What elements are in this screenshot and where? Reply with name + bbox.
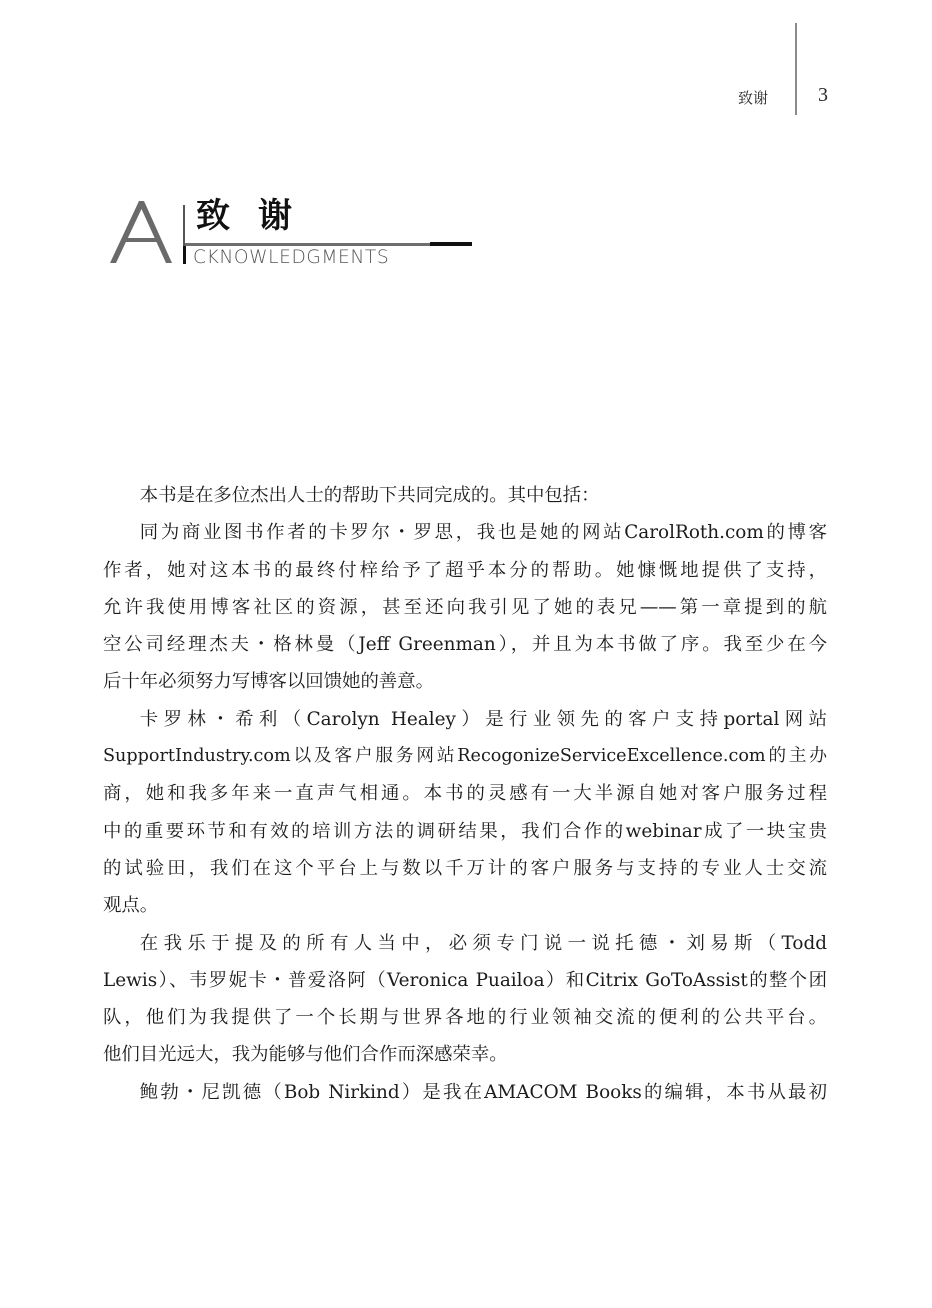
text-line: 本书是在多位杰出人士的帮助下共同完成的。其中包括： bbox=[103, 477, 827, 514]
paragraph-carol-roth: 同为商业图书作者的卡罗尔・罗思，我也是她的网站CarolRoth.com的博客 … bbox=[103, 514, 827, 700]
text-line: 在我乐于提及的所有人当中，必须专门说一说托德・刘易斯（Todd bbox=[103, 925, 827, 962]
paragraph-bob-nirkind: 鲍勃・尼凯德（Bob Nirkind）是我在AMACOM Books的编辑，本书… bbox=[103, 1074, 827, 1111]
heading-rule-accent bbox=[430, 242, 472, 246]
paragraph-citrix-team: 在我乐于提及的所有人当中，必须专门说一说托德・刘易斯（Todd Lewis）、韦… bbox=[103, 925, 827, 1074]
text-line: 的试验田，我们在这个平台上与数以千万计的客户服务与支持的专业人士交流 bbox=[103, 850, 827, 887]
text-line: 商，她和我多年来一直声气相通。本书的灵感有一大半源自她对客户服务过程 bbox=[103, 775, 827, 812]
paragraph-intro: 本书是在多位杰出人士的帮助下共同完成的。其中包括： bbox=[103, 477, 827, 514]
heading-vertical-bar-accent bbox=[183, 246, 186, 264]
paragraph-carolyn-healey: 卡罗林・希利（Carolyn Healey）是行业领先的客户支持portal网站… bbox=[103, 701, 827, 925]
text-line: 同为商业图书作者的卡罗尔・罗思，我也是她的网站CarolRoth.com的博客 bbox=[103, 514, 827, 551]
text-line: 鲍勃・尼凯德（Bob Nirkind）是我在AMACOM Books的编辑，本书… bbox=[103, 1074, 827, 1111]
running-head: 致谢 3 bbox=[0, 85, 932, 115]
text-line: 允许我使用博客社区的资源，甚至还向我引见了她的表兄——第一章提到的航 bbox=[103, 589, 827, 626]
text-line: Lewis）、韦罗妮卡・普爱洛阿（Veronica Puailoa）和Citri… bbox=[103, 962, 827, 999]
running-head-chapter-title: 致谢 bbox=[738, 87, 768, 108]
text-line: 观点。 bbox=[103, 887, 827, 924]
text-line: 队，他们为我提供了一个长期与世界各地的行业领袖交流的便利的公共平台。 bbox=[103, 999, 827, 1036]
text-line: SupportIndustry.com以及客户服务网站RecogonizeSer… bbox=[103, 738, 827, 775]
text-line: 作者，她对这本书的最终付梓给予了超乎本分的帮助。她慷慨地提供了支持， bbox=[103, 552, 827, 589]
body-text: 本书是在多位杰出人士的帮助下共同完成的。其中包括： 同为商业图书作者的卡罗尔・罗… bbox=[103, 477, 827, 1111]
text-line: 他们目光远大，我为能够与他们合作而深感荣幸。 bbox=[103, 1036, 827, 1073]
text-line: 后十年必须努力写博客以回馈她的善意。 bbox=[103, 663, 827, 700]
chapter-title-en: CKNOWLEDGMENTS bbox=[193, 246, 389, 268]
chapter-heading: 致谢 CKNOWLEDGMENTS bbox=[108, 196, 458, 271]
chapter-title-zh: 致谢 bbox=[196, 196, 320, 236]
text-line: 空公司经理杰夫・格林曼（Jeff Greenman），并且为本书做了序。我至少在… bbox=[103, 626, 827, 663]
text-line: 卡罗林・希利（Carolyn Healey）是行业领先的客户支持portal网站 bbox=[103, 701, 827, 738]
running-head-divider bbox=[795, 23, 797, 115]
initial-letter-a-icon bbox=[108, 198, 174, 264]
text-line: 中的重要环节和有效的培训方法的调研结果，我们合作的webinar成了一块宝贵 bbox=[103, 813, 827, 850]
page-number: 3 bbox=[818, 84, 828, 107]
